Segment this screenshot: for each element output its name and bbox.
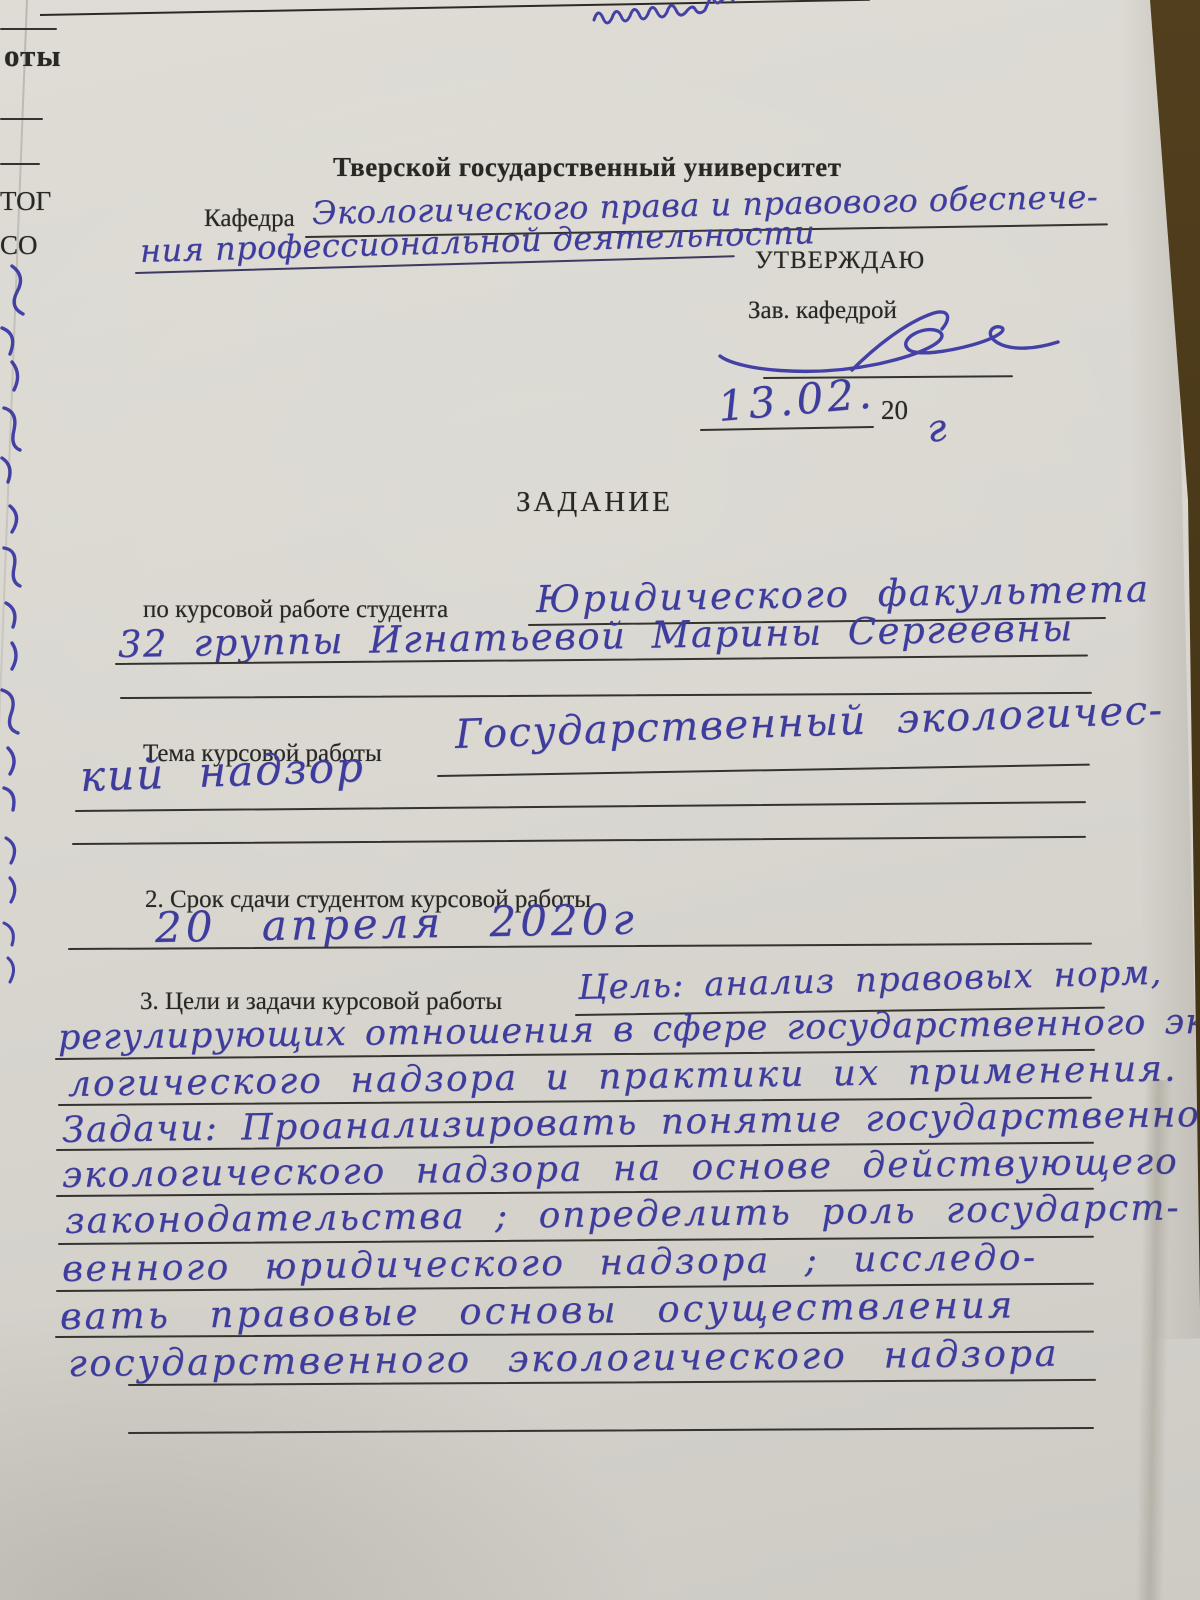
- goals-handwritten-line-8: государственного экологического надзора: [68, 1332, 1060, 1385]
- top-handwriting-fragment: [588, 0, 798, 28]
- goals-handwritten-inline: Цель: анализ правовых норм,: [577, 953, 1162, 1008]
- margin-text-fragment-1: оты: [4, 38, 62, 74]
- assignment-title: ЗАДАНИЕ: [516, 486, 673, 519]
- photo-of-document: { "document": { "university": "Тверской …: [0, 0, 1200, 1600]
- margin-text-fragment-2: ТОГ: [0, 186, 51, 217]
- date-year-printed: 20: [881, 395, 908, 426]
- deadline-handwritten: 20 апреля 2020г: [155, 895, 638, 952]
- theme-rule-empty: [72, 836, 1086, 845]
- theme-handwritten-line1: Государственный экологичес-: [454, 687, 1164, 758]
- goals-handwritten-line-7: вать правовые основы осуществления: [60, 1283, 1016, 1338]
- goals-handwritten-line-6: венного юридического надзора ; исследо-: [62, 1237, 1038, 1290]
- signature: [700, 298, 1070, 384]
- margin-rule-1: [0, 28, 57, 30]
- theme-handwritten-line2: кий надзор: [79, 742, 365, 801]
- theme-rule-2: [75, 801, 1086, 812]
- assignment-form-sheet: оты ТОГ СО Тверской государственный унив…: [0, 0, 1200, 1600]
- goals-rule-empty: [128, 1427, 1094, 1434]
- margin-handwriting-fragments: [0, 258, 34, 998]
- theme-rule-1: [437, 764, 1090, 778]
- date-year-suffix-handwritten: г: [925, 405, 949, 451]
- approve-stamp-label: УТВЕРЖДАЮ: [755, 247, 925, 275]
- university-header: Тверской государственный университет: [333, 152, 841, 183]
